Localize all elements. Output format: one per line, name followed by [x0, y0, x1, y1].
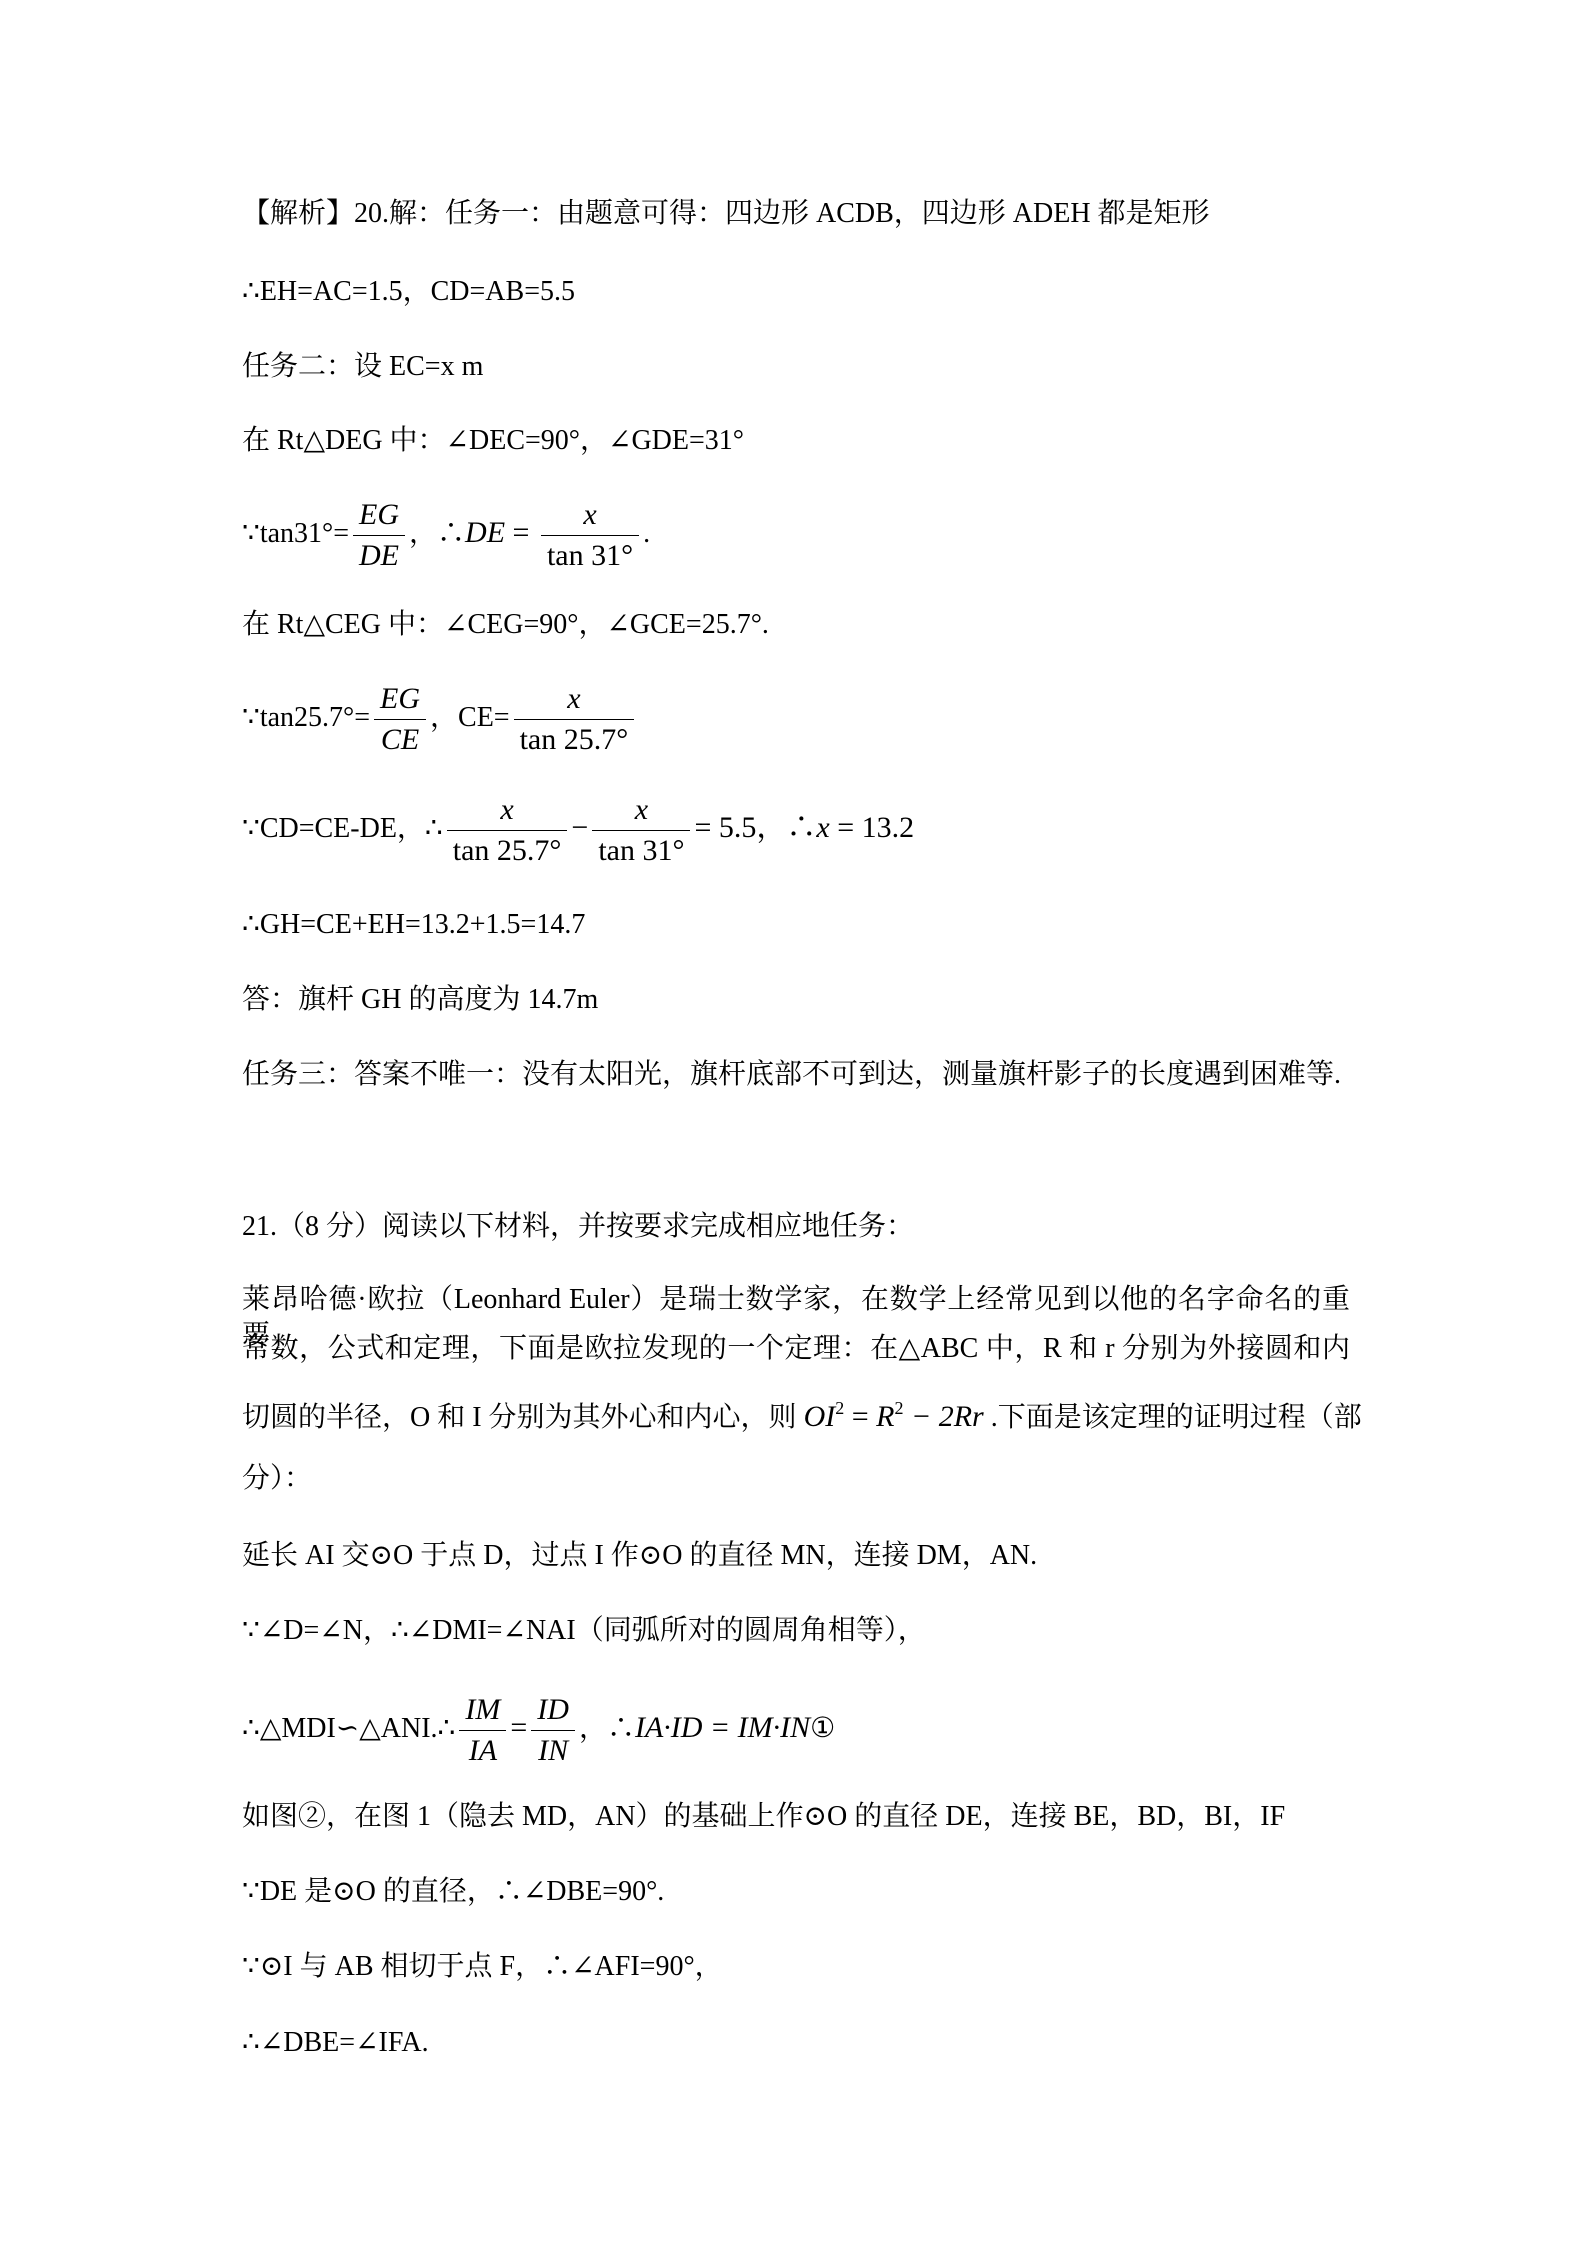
denominator: IN [531, 1731, 575, 1771]
math-var: x [816, 811, 829, 844]
rectangle-conclusion-line: ∴EH=AC=1.5，CD=AB=5.5 [242, 274, 575, 310]
euler-intro-line3: 切圆的半径，O 和 I 分别为其外心和内心，则 OI2 = R2 − 2Rr .… [242, 1399, 1362, 1435]
proof-step5: ∵DE 是⊙O 的直径，∴∠DBE=90°. [242, 1874, 664, 1910]
fraction-im-ia: IMIA [459, 1690, 506, 1771]
text: ∴△MDI∽△ANI.∴ [242, 1713, 455, 1744]
text: .下面是该定理的证明过程（部 [984, 1402, 1362, 1433]
text: = 5.5，∴ [694, 811, 816, 844]
denominator: tan 31° [592, 831, 690, 871]
numerator: x [514, 679, 635, 720]
numerator: ID [531, 1690, 575, 1731]
denominator: IA [459, 1731, 506, 1771]
question21-title: 21.（8 分）阅读以下材料，并按要求完成相应地任务： [242, 1209, 914, 1245]
numerator: EG [353, 495, 405, 536]
numerator: x [592, 790, 690, 831]
denominator: tan 31° [541, 536, 639, 576]
tan25-equation-line: ∵tan25.7°=EGCE，CE=xtan 25.7° [242, 676, 638, 760]
analysis-heading-line: 【解析】20.解：任务一：由题意可得：四边形 ACDB，四边形 ADEH 都是矩… [242, 196, 1210, 232]
numerator: EG [374, 679, 426, 720]
task3-line: 任务三：答案不唯一：没有太阳光，旗杆底部不可到达，测量旗杆影子的长度遇到困难等. [242, 1057, 1341, 1093]
text: ∵CD=CE-DE，∴ [242, 813, 443, 844]
numerator: x [541, 495, 639, 536]
fraction-x-tan31: xtan 31° [541, 495, 639, 576]
superscript: 2 [835, 1398, 844, 1418]
triangle-ceg-line: 在 Rt△CEG 中：∠CEG=90°，∠GCE=25.7°. [242, 607, 769, 643]
fraction-id-in: IDIN [531, 1690, 575, 1771]
fraction-x-tan25: xtan 25.7° [447, 790, 568, 871]
fraction-x-tan31: xtan 31° [592, 790, 690, 871]
math-var: R [876, 1400, 894, 1433]
proof-step4: 如图②，在图 1（隐去 MD，AN）的基础上作⊙O 的直径 DE，连接 BE，B… [242, 1799, 1285, 1835]
numerator: IM [459, 1690, 506, 1731]
denominator: tan 25.7° [447, 831, 568, 871]
result: = 13.2 [830, 811, 914, 844]
text: ，CE= [430, 702, 510, 733]
answer-line: 答：旗杆 GH 的高度为 14.7m [242, 982, 598, 1018]
cd-equation-line: ∵CD=CE-DE，∴xtan 25.7°−xtan 31°= 5.5，∴x =… [242, 786, 914, 870]
math-var: DE [465, 516, 505, 549]
fraction-eg-ce: EGCE [374, 679, 426, 760]
text: ，∴ [579, 1713, 635, 1744]
euler-intro-line2: 常数，公式和定理，下面是欧拉发现的一个定理：在△ABC 中，R 和 r 分别为外… [242, 1331, 1350, 1367]
minus: − [571, 811, 588, 844]
proof-step7: ∴∠DBE=∠IFA. [242, 2025, 429, 2061]
text: ，∴ [409, 518, 465, 549]
equals: = [510, 1711, 527, 1744]
math-expression: − 2Rr [903, 1400, 983, 1433]
circled-number-marker: ① [810, 1713, 835, 1744]
proof-step3: ∴△MDI∽△ANI.∴IMIA=IDIN，∴IA·ID = IM·IN① [242, 1686, 835, 1770]
gh-result-line: ∴GH=CE+EH=13.2+1.5=14.7 [242, 907, 585, 943]
tan31-equation-line: ∵tan31°=EGDE，∴DE = xtan 31°. [242, 491, 650, 575]
equals: = [844, 1400, 876, 1433]
denominator: CE [374, 720, 426, 760]
text: 切圆的半径，O 和 I 分别为其外心和内心，则 [242, 1402, 804, 1433]
text: ∵tan25.7°= [242, 702, 370, 733]
euler-intro-line4: 分）： [242, 1461, 312, 1497]
denominator: tan 25.7° [514, 720, 635, 760]
task2-setup-line: 任务二：设 EC=x m [242, 349, 483, 385]
text: . [643, 518, 650, 549]
triangle-deg-line: 在 Rt△DEG 中：∠DEC=90°，∠GDE=31° [242, 423, 744, 459]
numerator: x [447, 790, 568, 831]
math-expression: IA·ID = IM·IN [635, 1711, 810, 1744]
proof-step1: 延长 AI 交⊙O 于点 D，过点 I 作⊙O 的直径 MN，连接 DM，AN. [242, 1538, 1037, 1574]
euler-intro-line1: 莱昂哈德·欧拉（Leonhard Euler）是瑞士数学家，在数学上经常见到以他… [242, 1282, 1350, 1318]
denominator: DE [353, 536, 405, 576]
math-var: OI [804, 1400, 836, 1433]
fraction-eg-de: EGDE [353, 495, 405, 576]
fraction-x-tan25: xtan 25.7° [514, 679, 635, 760]
proof-step6: ∵⊙I 与 AB 相切于点 F，∴∠AFI=90°， [242, 1949, 723, 1985]
text: ∵tan31°= [242, 518, 349, 549]
equals: = [505, 516, 537, 549]
proof-step2: ∵∠D=∠N，∴∠DMI=∠NAI（同弧所对的圆周角相等）， [242, 1613, 926, 1649]
